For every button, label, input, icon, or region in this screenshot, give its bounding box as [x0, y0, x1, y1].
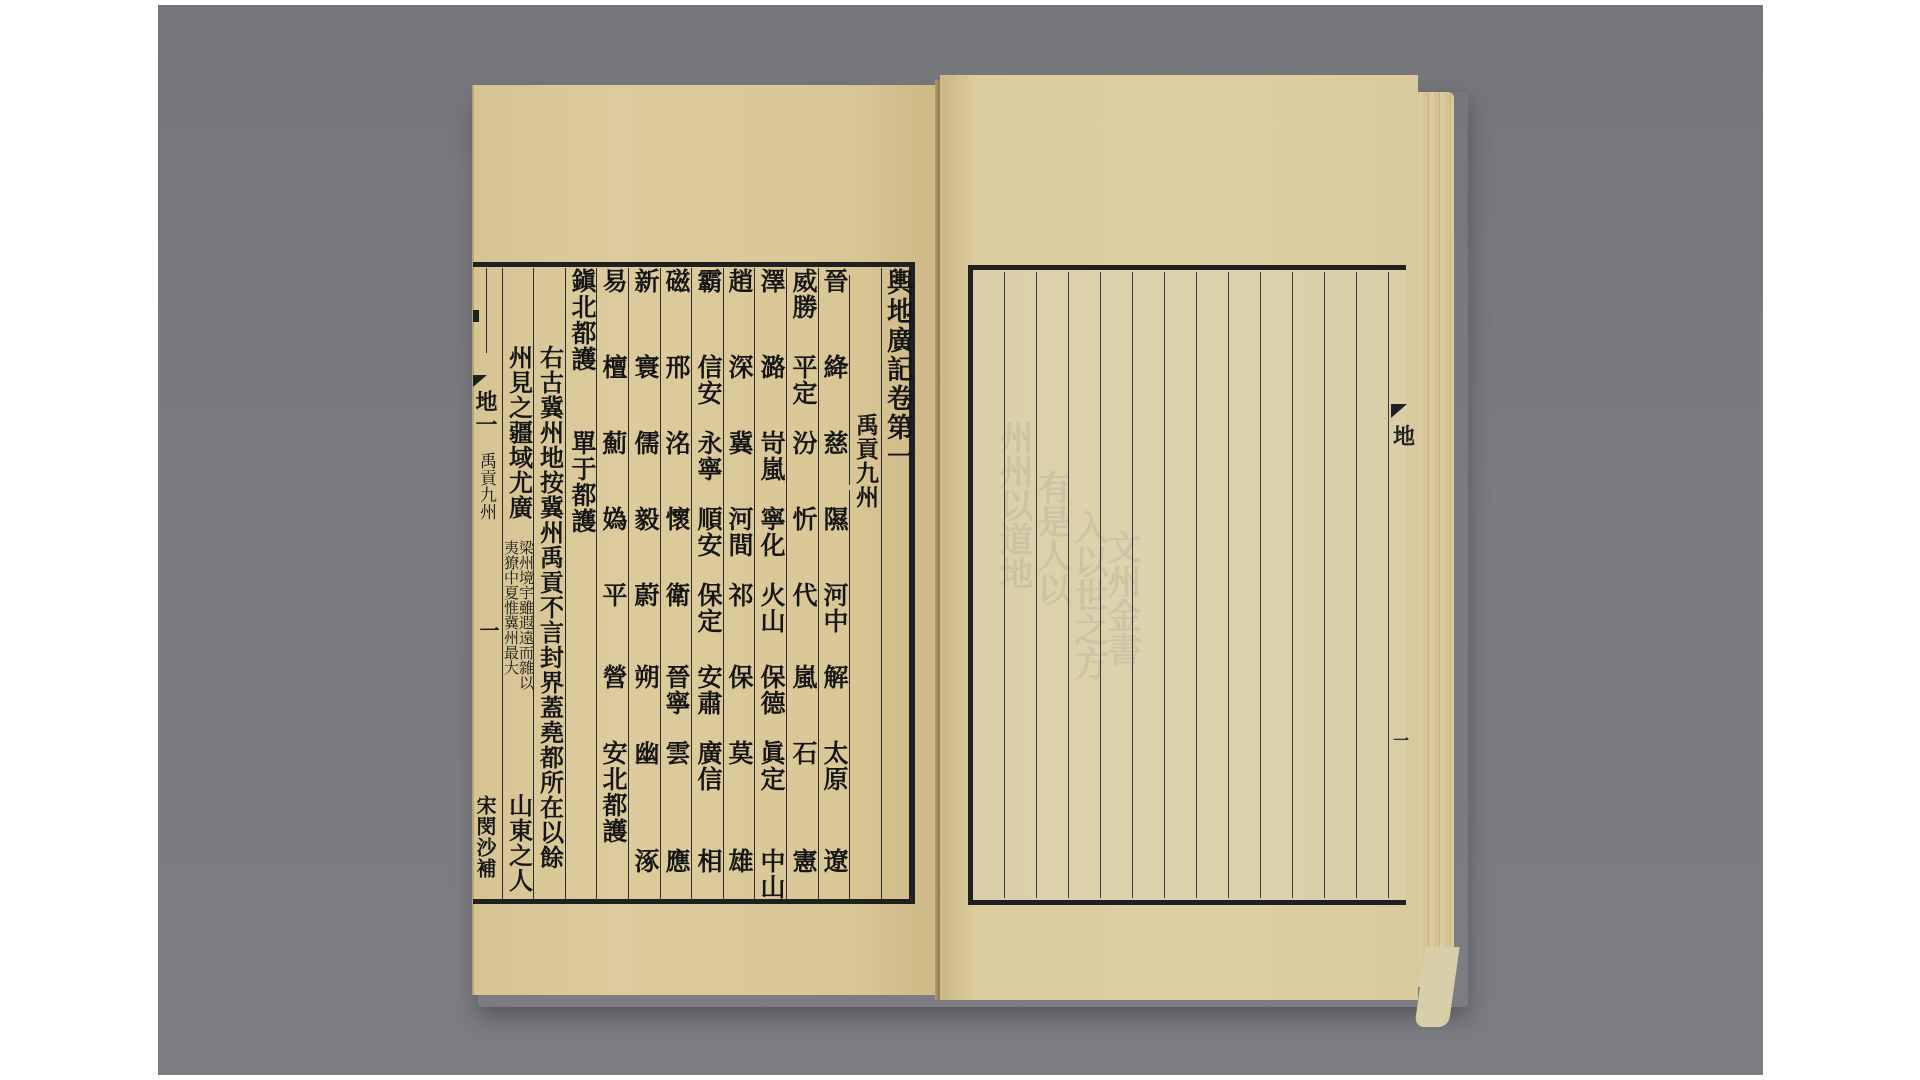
place-entry: 中山: [757, 848, 785, 900]
column-rule: [1228, 272, 1229, 898]
show-through-text: 州州以道地: [993, 420, 1033, 590]
place-entry: 衛: [662, 582, 690, 608]
show-through-text: 有是人以: [1031, 470, 1071, 606]
margin-rule: [486, 268, 487, 353]
column-rule: [1324, 272, 1325, 898]
place-entry: 憲: [789, 848, 817, 874]
column-rule: [691, 268, 692, 900]
place-entry: 毅: [631, 506, 659, 532]
place-entry: 相: [694, 848, 722, 874]
place-entry: 媯: [599, 506, 627, 532]
column-rule: [1292, 272, 1293, 898]
place-entry: 代: [789, 582, 817, 608]
commentary-line-1: 右古冀州地按冀州禹貢不言封界蓋堯都所在以餘: [536, 345, 564, 870]
column-rule: [1260, 272, 1261, 898]
place-entry: 易: [599, 268, 627, 294]
place-entry: 祁: [725, 582, 753, 608]
column-rule: [1196, 272, 1197, 898]
place-entry: 幽: [631, 740, 659, 766]
column-rule: [849, 275, 850, 485]
column-rule: [565, 268, 566, 900]
place-entry: 洺: [662, 430, 690, 456]
right-margin-char: 地: [1393, 420, 1415, 451]
right-page-frame: 州州以道地 有是人以 入以世之方 文州金書: [968, 265, 1406, 905]
place-entry: 河中: [820, 582, 848, 634]
place-entry: 薊: [599, 430, 627, 456]
column-rule: [786, 268, 787, 900]
fold-marker-icon: [473, 375, 487, 387]
section-subtitle: 禹貢九州: [851, 413, 879, 509]
place-entry: 寧化: [757, 506, 785, 558]
place-entry: 鎭北都護: [568, 268, 596, 372]
place-entry: 晉: [820, 268, 848, 294]
page-block-edges: [1412, 92, 1454, 987]
place-entry: 平: [599, 582, 627, 608]
place-entry: 冀: [725, 430, 753, 456]
place-entry: 永寧: [694, 430, 722, 482]
place-entry: 安肅: [694, 664, 722, 716]
place-entry: 莫: [725, 740, 753, 766]
margin-book-title: 地一: [472, 390, 498, 436]
place-entry: 營: [599, 664, 627, 690]
place-entry: 絳: [820, 354, 848, 380]
place-entry: 汾: [789, 430, 817, 456]
place-entry: 隰: [820, 506, 848, 532]
place-entry: 單于都護: [568, 430, 596, 534]
interlinear-note: 夷獠中夏惟冀州最大: [503, 540, 518, 675]
column-rule: [628, 268, 629, 900]
column-rule: [1356, 272, 1357, 898]
column-rule: [754, 268, 755, 900]
place-entry: 新: [631, 268, 659, 294]
place-entry: 雲: [662, 740, 690, 766]
margin-page-number: 一: [474, 620, 502, 641]
place-entry: 晉寧: [662, 664, 690, 716]
margin-note: 宋閔沙補: [472, 795, 498, 879]
place-entry: 嵐: [789, 664, 817, 690]
show-through-text: 文州金書: [1101, 530, 1141, 666]
column-rule: [723, 268, 724, 900]
place-entry: 應: [662, 848, 690, 874]
place-entry: 保德: [757, 664, 785, 716]
place-entry: 岢嵐: [757, 430, 785, 482]
place-entry: 威勝: [789, 268, 817, 320]
place-entry: 朔: [631, 664, 659, 690]
place-entry: 寰: [631, 354, 659, 380]
place-entry: 趙: [725, 268, 753, 294]
column-rule: [660, 268, 661, 900]
place-entry: 涿: [631, 848, 659, 874]
place-entry: 懷: [662, 506, 690, 532]
place-entry: 石: [789, 740, 817, 766]
book-title: 輿地廣記卷第一: [883, 268, 911, 471]
place-entry: 潞: [757, 354, 785, 380]
place-entry: 火山: [757, 582, 785, 634]
place-entry: 邢: [662, 354, 690, 380]
place-entry: 檀: [599, 354, 627, 380]
place-entry: 澤: [757, 268, 785, 294]
place-entry: 眞定: [757, 740, 785, 792]
margin-section: 禹貢九州: [476, 452, 495, 520]
place-entry: 忻: [789, 506, 817, 532]
column-rule: [849, 490, 850, 900]
place-entry: 雄: [725, 848, 753, 874]
interlinear-note: 梁州境宇雖遐遠而雜以: [518, 540, 533, 690]
place-entry: 信安: [694, 354, 722, 406]
place-entry: 平定: [789, 354, 817, 406]
place-entry: 安北都護: [599, 740, 627, 844]
commentary-main-text: 山東之人: [505, 793, 533, 893]
place-entry: 太原: [820, 740, 848, 792]
commentary-main-text: 州見之疆域尤廣: [505, 345, 533, 520]
right-margin-page-number: 一: [1393, 728, 1409, 751]
place-entry: 慈: [820, 430, 848, 456]
place-entry: 磁: [662, 268, 690, 294]
place-entry: 霸: [694, 268, 722, 294]
column-rule: [1164, 272, 1165, 898]
place-entry: 保定: [694, 582, 722, 634]
place-entry: 蔚: [631, 582, 659, 608]
place-entry: 解: [820, 664, 848, 690]
place-entry: 儒: [631, 430, 659, 456]
place-entry: 保: [725, 664, 753, 690]
place-entry: 河間: [725, 506, 753, 558]
place-entry: 深: [725, 354, 753, 380]
place-entry: 順安: [694, 506, 722, 558]
column-rule: [1388, 272, 1389, 898]
column-rule: [818, 268, 819, 900]
fishtail-mark: [473, 310, 479, 322]
place-entry: 廣信: [694, 740, 722, 792]
place-entry: 遼: [820, 848, 848, 874]
